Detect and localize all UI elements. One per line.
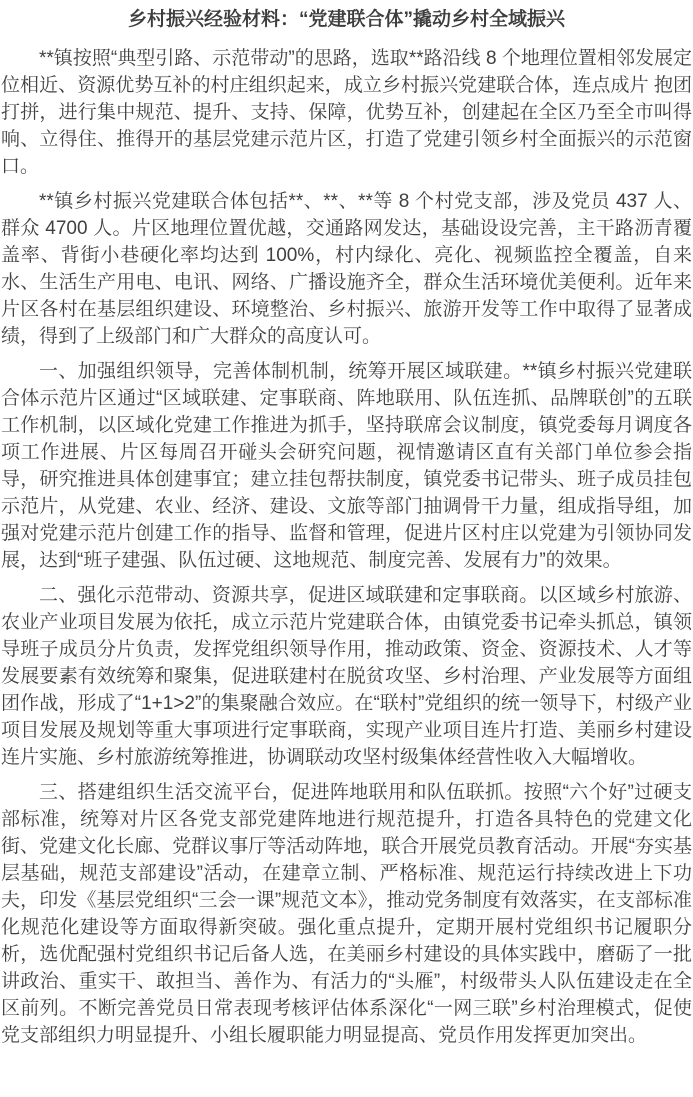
- document-title: 乡村振兴经验材料：“党建联合体”撬动乡村全域振兴: [1, 6, 692, 33]
- document-page: 乡村振兴经验材料：“党建联合体”撬动乡村全域振兴 **镇按照“典型引路、示范带动…: [0, 0, 693, 1097]
- paragraph-section-1: 一、加强组织领导，完善体制机制，统筹开展区域联建。**镇乡村振兴党建联合体示范片…: [1, 358, 692, 574]
- paragraph-section-3: 三、搭建组织生活交流平台，促进阵地联用和队伍联抓。按照“六个好”过硬支部标准，统…: [1, 779, 692, 1049]
- paragraph-overview: **镇按照“典型引路、示范带动”的思路，选取**路沿线 8 个地理位置相邻发展定…: [1, 45, 692, 180]
- paragraph-section-2: 二、强化示范带动、资源共享，促进区域联建和定事联商。以区域乡村旅游、农业产业项目…: [1, 582, 692, 771]
- paragraph-district-profile: **镇乡村振兴党建联合体包括**、**、**等 8 个村党支部，涉及党员 437…: [1, 188, 692, 350]
